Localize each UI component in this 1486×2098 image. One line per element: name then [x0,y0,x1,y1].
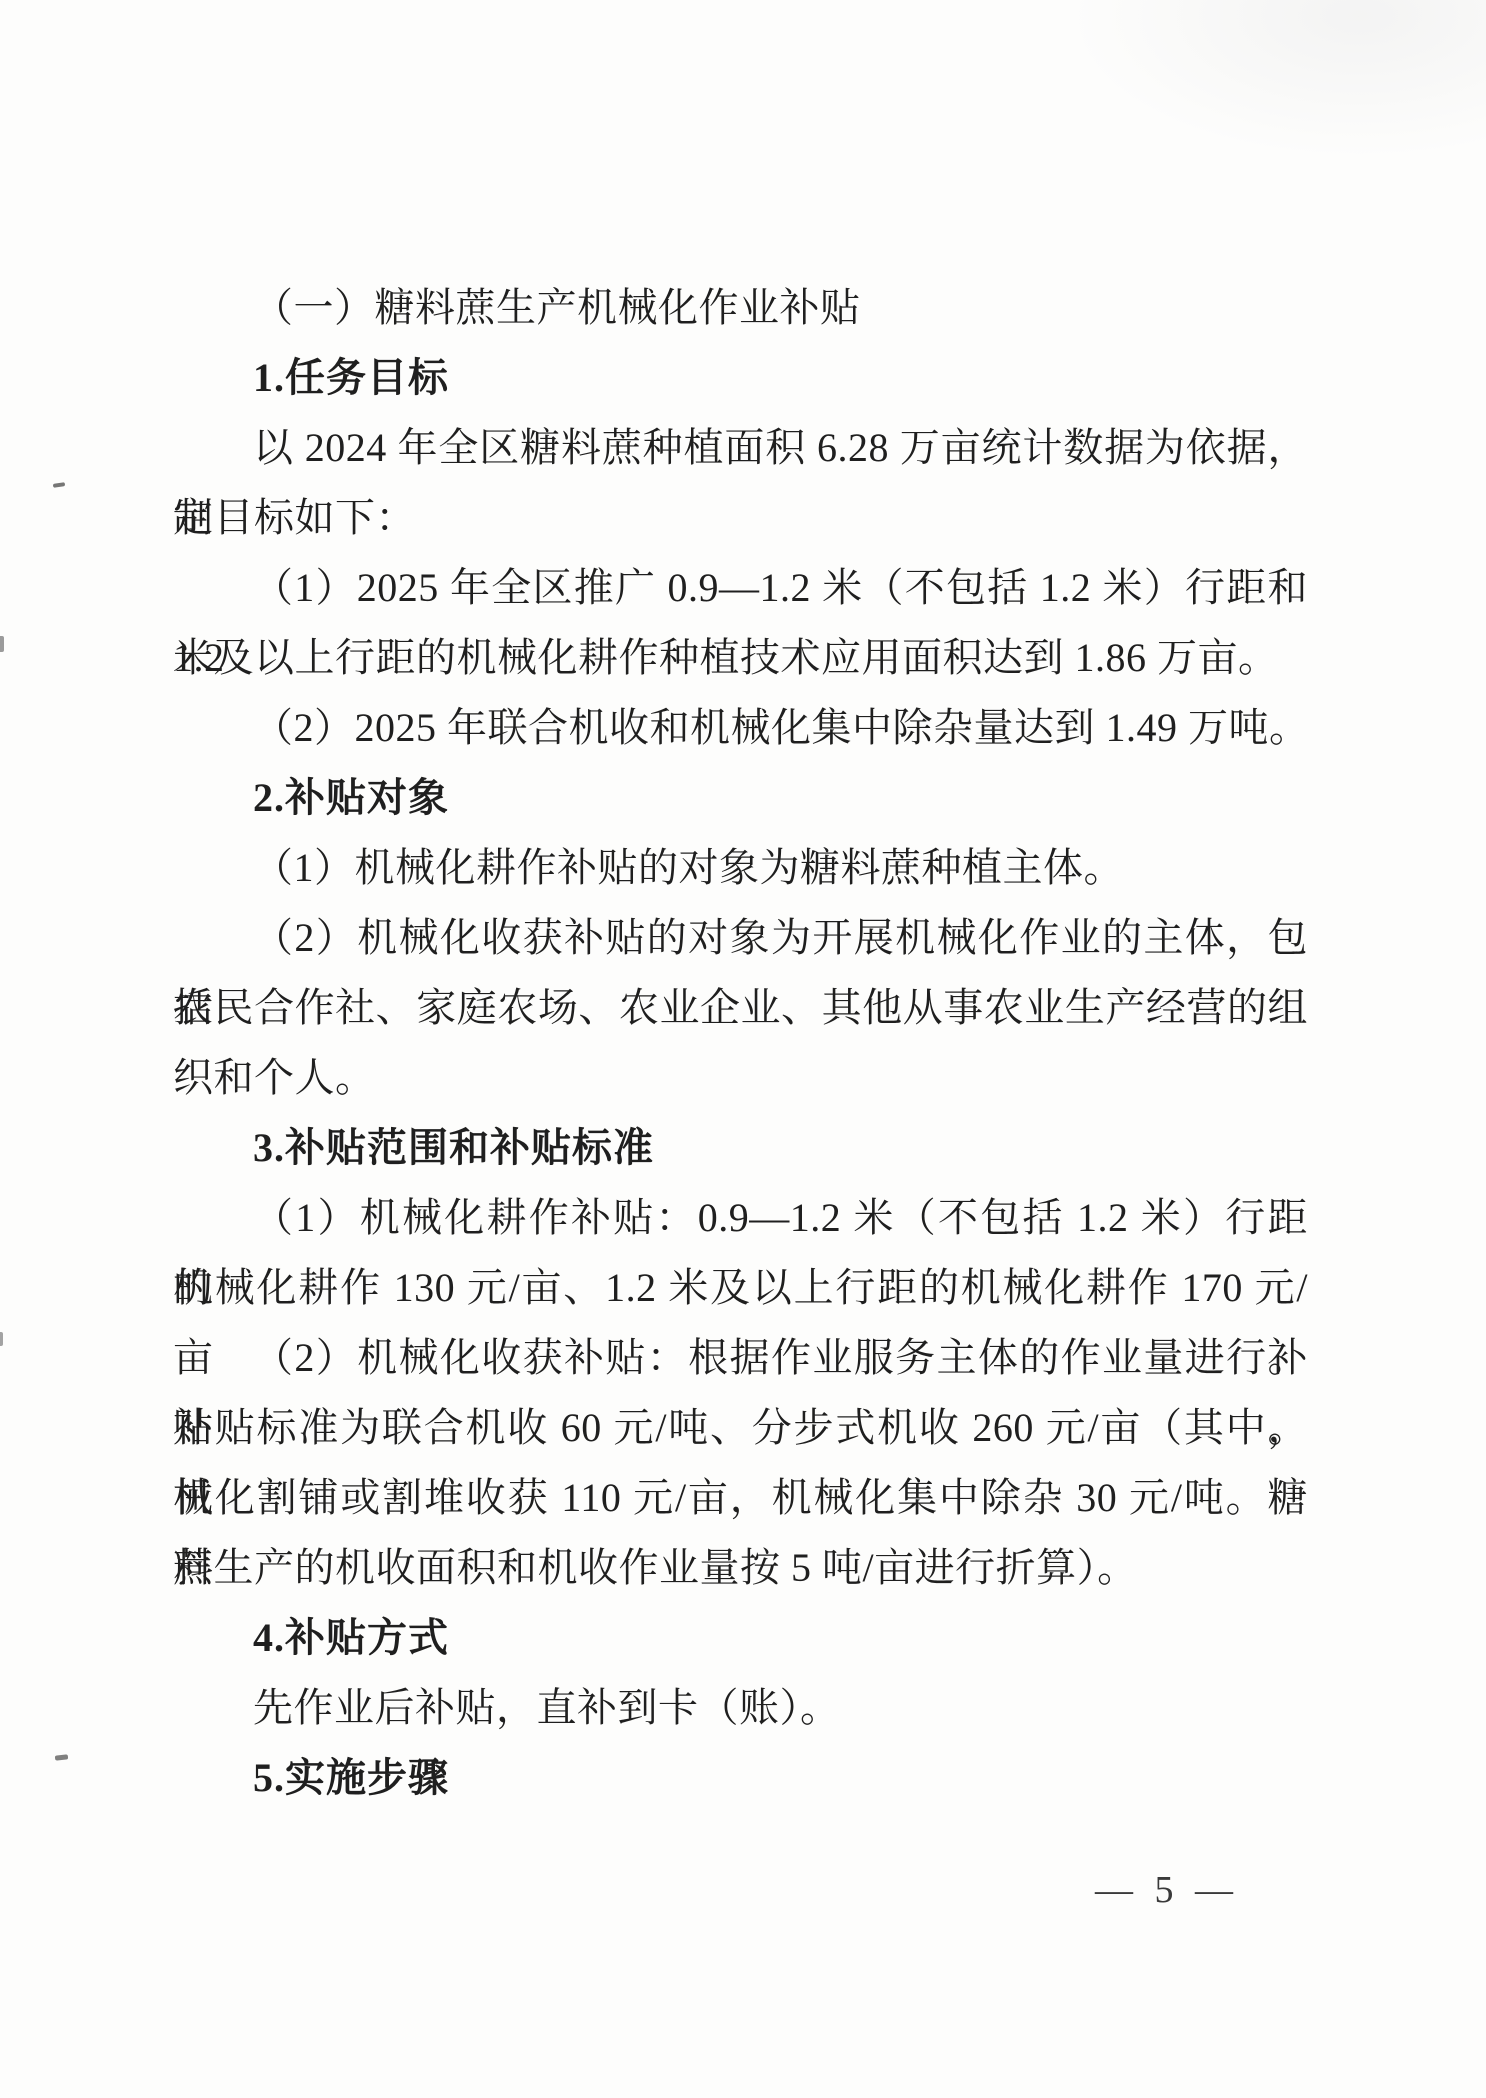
doc-line: 以 2024 年全区糖料蔗种植面积 6.28 万亩统计数据为依据，制 [173,413,1308,483]
doc-line: 蔗生产的机收面积和机收作业量按 5 吨/亩进行折算）。 [173,1533,1308,1603]
subsection-title: 2.补贴对象 [173,763,1308,833]
scan-speck [0,1332,3,1346]
doc-line: 织和个人。 [173,1043,1308,1113]
document-body: （一）糖料蔗生产机械化作业补贴 1.任务目标 以 2024 年全区糖料蔗种植面积… [173,273,1308,1813]
subsection-title: 3.补贴范围和补贴标准 [173,1113,1308,1183]
scan-speck [0,636,4,652]
scan-smudge [1066,0,1486,160]
doc-line: 机械化耕作 130 元/亩、1.2 米及以上行距的机械化耕作 170 元/亩。 [173,1253,1308,1323]
doc-line: （2）机械化收获补贴：根据作业服务主体的作业量进行补贴。 [173,1323,1308,1393]
document-page: （一）糖料蔗生产机械化作业补贴 1.任务目标 以 2024 年全区糖料蔗种植面积… [0,0,1486,2098]
doc-line: （1）2025 年全区推广 0.9—1.2 米（不包括 1.2 米）行距和 1.… [173,553,1308,623]
doc-line: 械化割铺或割堆收获 110 元/亩，机械化集中除杂 30 元/吨。糖料 [173,1463,1308,1533]
doc-line: 米及以上行距的机械化耕作种植技术应用面积达到 1.86 万亩。 [173,623,1308,693]
doc-line: （1）机械化耕作补贴的对象为糖料蔗种植主体。 [173,833,1308,903]
doc-line: 农民合作社、家庭农场、农业企业、其他从事农业生产经营的组 [173,973,1308,1043]
subsection-title: 5.实施步骤 [173,1743,1308,1813]
doc-line: （2）机械化收获补贴的对象为开展机械化作业的主体，包括 [173,903,1308,973]
doc-line: （2）2025 年联合机收和机械化集中除杂量达到 1.49 万吨。 [173,693,1308,763]
page-number: — 5 — [1095,1868,1239,1912]
doc-line: 定目标如下： [173,483,1308,553]
doc-line: （1）机械化耕作补贴：0.9—1.2 米（不包括 1.2 米）行距的 [173,1183,1308,1253]
doc-line: 补贴标准为联合机收 60 元/吨、分步式机收 260 元/亩（其中，机 [173,1393,1308,1463]
scan-speck [55,1754,68,1760]
scan-speck [53,482,65,488]
doc-line: 先作业后补贴，直补到卡（账）。 [173,1673,1308,1743]
subsection-title: 1.任务目标 [173,343,1308,413]
section-heading: （一）糖料蔗生产机械化作业补贴 [173,273,1308,343]
subsection-title: 4.补贴方式 [173,1603,1308,1673]
